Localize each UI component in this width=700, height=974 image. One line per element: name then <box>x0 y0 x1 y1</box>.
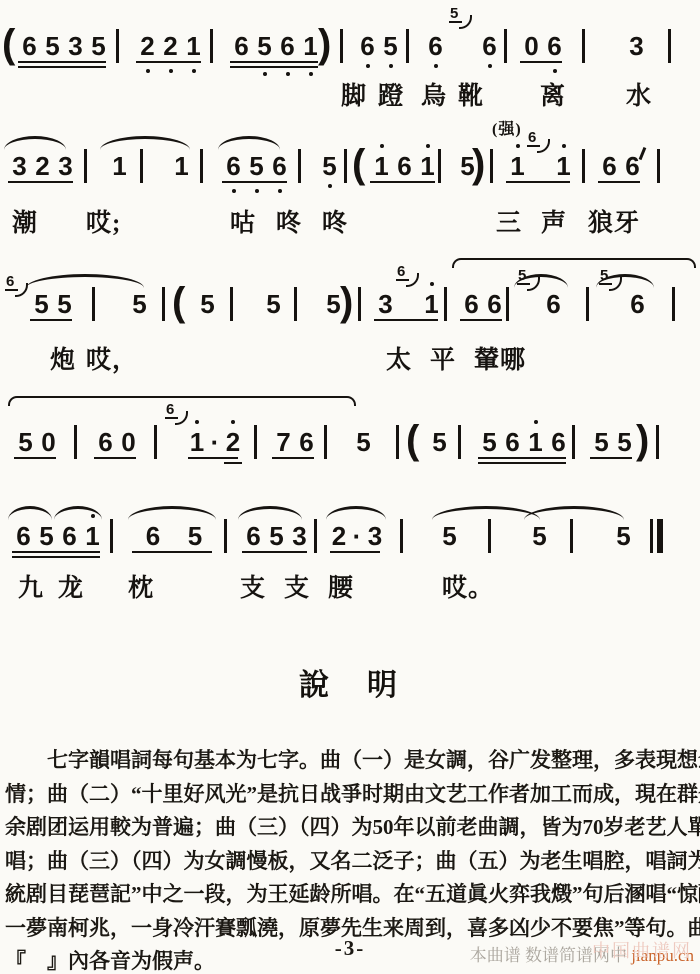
note-group: 3 <box>625 32 648 62</box>
barline <box>314 519 317 553</box>
note-digit: 2 <box>136 32 159 60</box>
lyric-char: 声 <box>541 203 567 239</box>
octave-dot-above <box>195 420 199 424</box>
barline <box>294 287 297 321</box>
note-digit: 6 <box>478 32 501 60</box>
note-beam <box>330 551 380 553</box>
barline <box>406 29 409 63</box>
note-digit: 2 <box>31 152 54 180</box>
barline <box>586 287 589 321</box>
note-digit: 5 <box>590 428 613 456</box>
note-beam <box>460 319 502 321</box>
section-title: 說 明 <box>0 660 700 704</box>
barline <box>582 29 585 63</box>
octave-dot-below <box>278 189 282 193</box>
note-group: 1·2 <box>188 428 242 458</box>
note-digit: 5 <box>35 522 58 550</box>
note-digit: 6 <box>222 152 245 180</box>
note-digit: 6 <box>94 428 117 456</box>
note-group: 1 <box>170 152 193 182</box>
note-digit: 5 <box>53 290 76 318</box>
lyric-char: 枕 <box>128 568 154 604</box>
grace-slur <box>459 15 472 29</box>
barline <box>444 287 447 321</box>
octave-dot-above <box>430 282 434 286</box>
note-digit: 5 <box>41 32 64 60</box>
note-digit: 5 <box>30 290 53 318</box>
note-digit: 1 <box>170 152 193 180</box>
barline <box>656 425 659 459</box>
barline <box>504 29 507 63</box>
lyric-char: 哎。 <box>442 568 494 604</box>
octave-dot-above <box>534 420 538 424</box>
dynamic-annotation: (强) <box>492 116 522 139</box>
note-digit: 6 <box>393 152 416 180</box>
octave-dot-above <box>516 144 520 148</box>
grace-note: 5 <box>450 6 458 21</box>
note-digit: 1 <box>182 32 205 60</box>
barline <box>84 149 87 183</box>
note-beam <box>136 61 201 63</box>
parenthesis: ( <box>172 282 185 322</box>
barline <box>340 29 343 63</box>
note-digit: 2 <box>159 32 182 60</box>
grace-note: 6 <box>528 130 536 145</box>
barline <box>438 149 441 183</box>
note-beam <box>18 61 106 63</box>
final-barline-thin <box>650 519 653 553</box>
note-digit: 5 <box>318 152 341 180</box>
barline <box>396 425 399 459</box>
lyric-char: 支 <box>284 568 310 604</box>
note-group: 06 <box>520 32 566 62</box>
note-group: 5 <box>262 290 285 320</box>
note-digit: 1 <box>552 152 575 180</box>
note-digit: 1 <box>108 152 131 180</box>
note-digit: 1 <box>416 152 439 180</box>
note-group: 1 <box>506 152 529 182</box>
barline <box>672 287 675 321</box>
score-area: (65352216561)65656063脚蹬烏靴离水323116565(161… <box>0 0 700 640</box>
note-digit: 6 <box>295 428 318 456</box>
lyric-char: 龙 <box>58 568 84 604</box>
note-group: 221 <box>136 32 205 62</box>
note-group: 55 <box>30 290 76 320</box>
lyric-char: 炮 <box>50 340 76 376</box>
octave-dot-below <box>169 69 173 73</box>
slur-arc <box>54 506 102 520</box>
note-group: 2·3 <box>330 522 384 552</box>
note-beam <box>188 457 238 459</box>
lyric-char: 水 <box>626 76 652 112</box>
barline <box>582 149 585 183</box>
note-group: 5 <box>528 522 551 552</box>
note-beam <box>506 181 570 183</box>
slur-arc <box>524 506 624 520</box>
note-beam <box>230 66 318 68</box>
note-group: 5 <box>438 522 461 552</box>
octave-dot-below <box>328 184 332 188</box>
note-group: 1 <box>552 152 575 182</box>
octave-dot-below <box>286 72 290 76</box>
note-group: 653 <box>242 522 311 552</box>
note-digit: 7 <box>272 428 295 456</box>
note-digit: 5 <box>438 522 461 550</box>
note-digit: 5 <box>245 152 268 180</box>
note-digit: 5 <box>174 522 216 550</box>
barline <box>488 519 491 553</box>
barline <box>92 287 95 321</box>
octave-dot-below <box>232 189 236 193</box>
note-digit: 6 <box>501 428 524 456</box>
note-digit: 6 <box>598 152 621 180</box>
note-digit: 5 <box>253 32 276 60</box>
lyric-char: 蹬 <box>378 76 404 112</box>
note-beam <box>12 556 100 558</box>
barline <box>572 425 575 459</box>
note-digit: 5 <box>612 522 635 550</box>
lyric-char: 狼牙 <box>588 203 640 239</box>
note-digit: 6 <box>242 522 265 550</box>
note-digit: 5 <box>128 290 151 318</box>
note-digit: 6 <box>132 522 174 550</box>
note-group: 6 <box>478 32 501 62</box>
note-group: 3 <box>374 290 397 320</box>
note-group: 6 <box>424 32 447 62</box>
lyric-char: 脚 <box>341 76 367 112</box>
note-group: 323 <box>8 152 77 182</box>
note-beam <box>8 181 73 183</box>
lyric-char: 靴 <box>458 76 484 112</box>
note-beam <box>520 61 562 63</box>
octave-dot-below <box>434 64 438 68</box>
barline <box>324 425 327 459</box>
note-beam <box>30 319 72 321</box>
lyric-char: 咚 <box>276 203 302 239</box>
note-digit: 0 <box>520 32 543 60</box>
parenthesis: ) <box>472 144 485 184</box>
lyric-char: 太 <box>386 340 412 376</box>
note-digit: 5 <box>87 32 110 60</box>
grace-slur <box>537 139 550 153</box>
note-beam <box>272 457 314 459</box>
note-group: 66 <box>598 152 644 182</box>
note-group: 65 <box>132 522 216 552</box>
note-beam <box>94 457 136 459</box>
note-digit: 3 <box>366 522 384 550</box>
note-group: 6 <box>542 290 565 320</box>
note-beam <box>374 319 438 321</box>
note-digit: 0 <box>117 428 140 456</box>
note-beam <box>132 551 212 553</box>
lyric-char: 咕 <box>230 203 256 239</box>
note-beam <box>370 181 435 183</box>
note-digit: 3 <box>54 152 77 180</box>
explanation-line: 統剧目琵琶記”中之一段，为王延龄所唱。在“五道眞火弈我燬”句后溷唱“惊醒 <box>5 878 695 912</box>
note-group: 5 <box>318 152 341 182</box>
slur-arc <box>26 274 144 288</box>
note-digit: 5 <box>352 428 375 456</box>
octave-dot-below <box>146 69 150 73</box>
explanation-line: 余剧团运用較为普遍；曲（三）（四）为50年以前老曲調，皆为70岁老艺人單維礼 <box>5 811 695 845</box>
barline <box>154 425 157 459</box>
barline <box>358 287 361 321</box>
note-beam <box>12 551 100 553</box>
barline <box>458 425 461 459</box>
note-digit: 6 <box>543 32 566 60</box>
note-beam <box>230 61 318 63</box>
note-digit: 1 <box>420 290 443 318</box>
octave-dot-above <box>380 144 384 148</box>
note-digit: 5 <box>379 32 402 60</box>
note-group: 6535 <box>18 32 110 62</box>
barline <box>116 29 119 63</box>
note-digit: 5 <box>14 428 37 456</box>
explanation-line: 唱；曲（三）（四）为女調慢板，又名二泛子；曲（五）为老生唱腔，唱詞为淮海剧傳 <box>5 845 695 879</box>
note-group: 5616 <box>478 428 570 458</box>
barline <box>506 287 509 321</box>
parenthesis: ) <box>636 420 649 460</box>
barline <box>657 149 660 183</box>
slur-arc <box>8 506 52 520</box>
explanation-line: 情；曲（二）“十里好风光”是抗日战爭时期由文艺工作者加工而成，現在群众业 <box>5 778 695 812</box>
note-group: 161 <box>370 152 439 182</box>
lyric-char: 潮 <box>12 203 38 239</box>
grace-note: 6 <box>6 274 14 289</box>
note-digit: 6 <box>18 32 41 60</box>
note-digit: 5 <box>265 522 288 550</box>
note-beam <box>598 181 640 183</box>
barline <box>344 149 347 183</box>
parenthesis: ) <box>340 282 353 322</box>
note-beam <box>18 66 106 68</box>
octave-dot-below <box>263 72 267 76</box>
note-digit: 6 <box>268 152 291 180</box>
note-group: 1 <box>108 152 131 182</box>
note-digit: 3 <box>64 32 87 60</box>
lyric-char: 腰 <box>328 568 354 604</box>
lyric-char: 哎; <box>86 203 121 239</box>
lyric-char: 三 <box>496 203 522 239</box>
octave-dot-above <box>426 144 430 148</box>
note-digit: 6 <box>483 290 506 318</box>
parenthesis: ( <box>406 420 419 460</box>
barline <box>210 29 213 63</box>
octave-dot-below <box>255 189 259 193</box>
note-group: 6 <box>626 290 649 320</box>
long-slur <box>452 258 696 268</box>
note-digit: 6 <box>58 522 81 550</box>
note-group: 6561 <box>12 522 104 552</box>
grace-slur <box>406 273 419 287</box>
note-beam <box>224 462 242 464</box>
note-digit: 5 <box>613 428 636 456</box>
note-beam <box>242 551 307 553</box>
barline <box>490 149 493 183</box>
slur-arc <box>128 506 216 520</box>
note-digit: 5 <box>196 290 219 318</box>
slur-arc <box>326 506 386 520</box>
note-digit: 6 <box>276 32 299 60</box>
octave-dot-above <box>231 420 235 424</box>
barline <box>298 149 301 183</box>
note-beam <box>590 457 632 459</box>
barline <box>162 287 165 321</box>
lyric-char: 平 <box>430 340 456 376</box>
barline <box>140 149 143 183</box>
note-group: 60 <box>94 428 140 458</box>
long-slur <box>8 396 356 406</box>
watermark-faint-text: 中国曲谱网 <box>592 937 692 963</box>
note-digit: 6 <box>626 290 649 318</box>
note-beam <box>478 457 566 459</box>
note-digit: 2 <box>330 522 348 550</box>
barline <box>224 519 227 553</box>
octave-dot-below <box>309 72 313 76</box>
note-digit: 1 <box>506 152 529 180</box>
note-group: 55 <box>590 428 636 458</box>
note-digit: 3 <box>625 32 648 60</box>
note-digit: 1 <box>81 522 104 550</box>
octave-dot-below <box>389 64 393 68</box>
note-digit: · <box>348 522 366 550</box>
note-digit: 6 <box>12 522 35 550</box>
note-group: 5 <box>352 428 375 458</box>
barline <box>400 519 403 553</box>
note-digit: · <box>206 428 224 456</box>
barline <box>230 287 233 321</box>
parenthesis: ( <box>2 24 15 64</box>
lyric-char: 輦哪 <box>474 340 526 376</box>
note-group: 6561 <box>230 32 322 62</box>
note-digit: 6 <box>424 32 447 60</box>
note-digit: 1 <box>524 428 547 456</box>
note-digit: 3 <box>8 152 31 180</box>
note-group: 65 <box>356 32 402 62</box>
note-digit: 6 <box>230 32 253 60</box>
note-digit: 3 <box>288 522 311 550</box>
note-group: 5 <box>612 522 635 552</box>
lyric-char: 哎， <box>86 340 138 376</box>
note-beam <box>478 462 566 464</box>
note-beam <box>222 181 287 183</box>
slur-arc <box>238 506 302 520</box>
octave-dot-below <box>488 64 492 68</box>
note-group: 5 <box>128 290 151 320</box>
note-digit: 5 <box>478 428 501 456</box>
note-digit: 0 <box>37 428 60 456</box>
slur-arc <box>4 136 66 150</box>
lyric-char: 离 <box>540 76 566 112</box>
note-digit: 1 <box>188 428 206 456</box>
note-digit: 6 <box>547 428 570 456</box>
watermark: 中国曲谱网 本曲谱 数谱简谱网中 jianpu.cn <box>470 941 694 966</box>
lyric-char: 九 <box>18 568 44 604</box>
parenthesis: ) <box>318 24 331 64</box>
note-group: 5 <box>428 428 451 458</box>
note-group: 1 <box>420 290 443 320</box>
barline <box>254 425 257 459</box>
octave-dot-above <box>562 144 566 148</box>
octave-dot-below <box>366 64 370 68</box>
lyric-char: 咚 <box>322 203 348 239</box>
barline <box>74 425 77 459</box>
slur-arc <box>100 136 190 150</box>
octave-dot-below <box>192 69 196 73</box>
score-page: (65352216561)65656063脚蹬烏靴离水323116565(161… <box>0 0 700 974</box>
final-barline-thick <box>657 519 663 553</box>
slur-arc <box>218 136 280 150</box>
note-digit: 6 <box>356 32 379 60</box>
octave-dot-below <box>553 69 557 73</box>
note-digit: 3 <box>374 290 397 318</box>
barline <box>200 149 203 183</box>
grace-note: 6 <box>397 264 405 279</box>
note-group: 656 <box>222 152 291 182</box>
lyric-char: 烏 <box>421 76 447 112</box>
note-group: 76 <box>272 428 318 458</box>
barline <box>668 29 671 63</box>
note-digit: 5 <box>428 428 451 456</box>
explanation-line: 七字韻唱詞每句基本为七字。曲（一）是女調，谷广发整理，多表現想念的感 <box>5 744 695 778</box>
lyric-char: 支 <box>240 568 266 604</box>
note-digit: 6 <box>460 290 483 318</box>
note-digit: 5 <box>262 290 285 318</box>
note-group: 5 <box>196 290 219 320</box>
barline <box>110 519 113 553</box>
grace-slur <box>175 411 188 425</box>
page-number: -3- <box>335 936 366 961</box>
note-digit: 6 <box>542 290 565 318</box>
note-digit: 5 <box>528 522 551 550</box>
note-beam <box>14 457 56 459</box>
note-digit: 1 <box>370 152 393 180</box>
note-group: 66 <box>460 290 506 320</box>
note-digit: 2 <box>224 428 242 456</box>
note-group: 50 <box>14 428 60 458</box>
barline <box>570 519 573 553</box>
parenthesis: ( <box>352 144 365 184</box>
